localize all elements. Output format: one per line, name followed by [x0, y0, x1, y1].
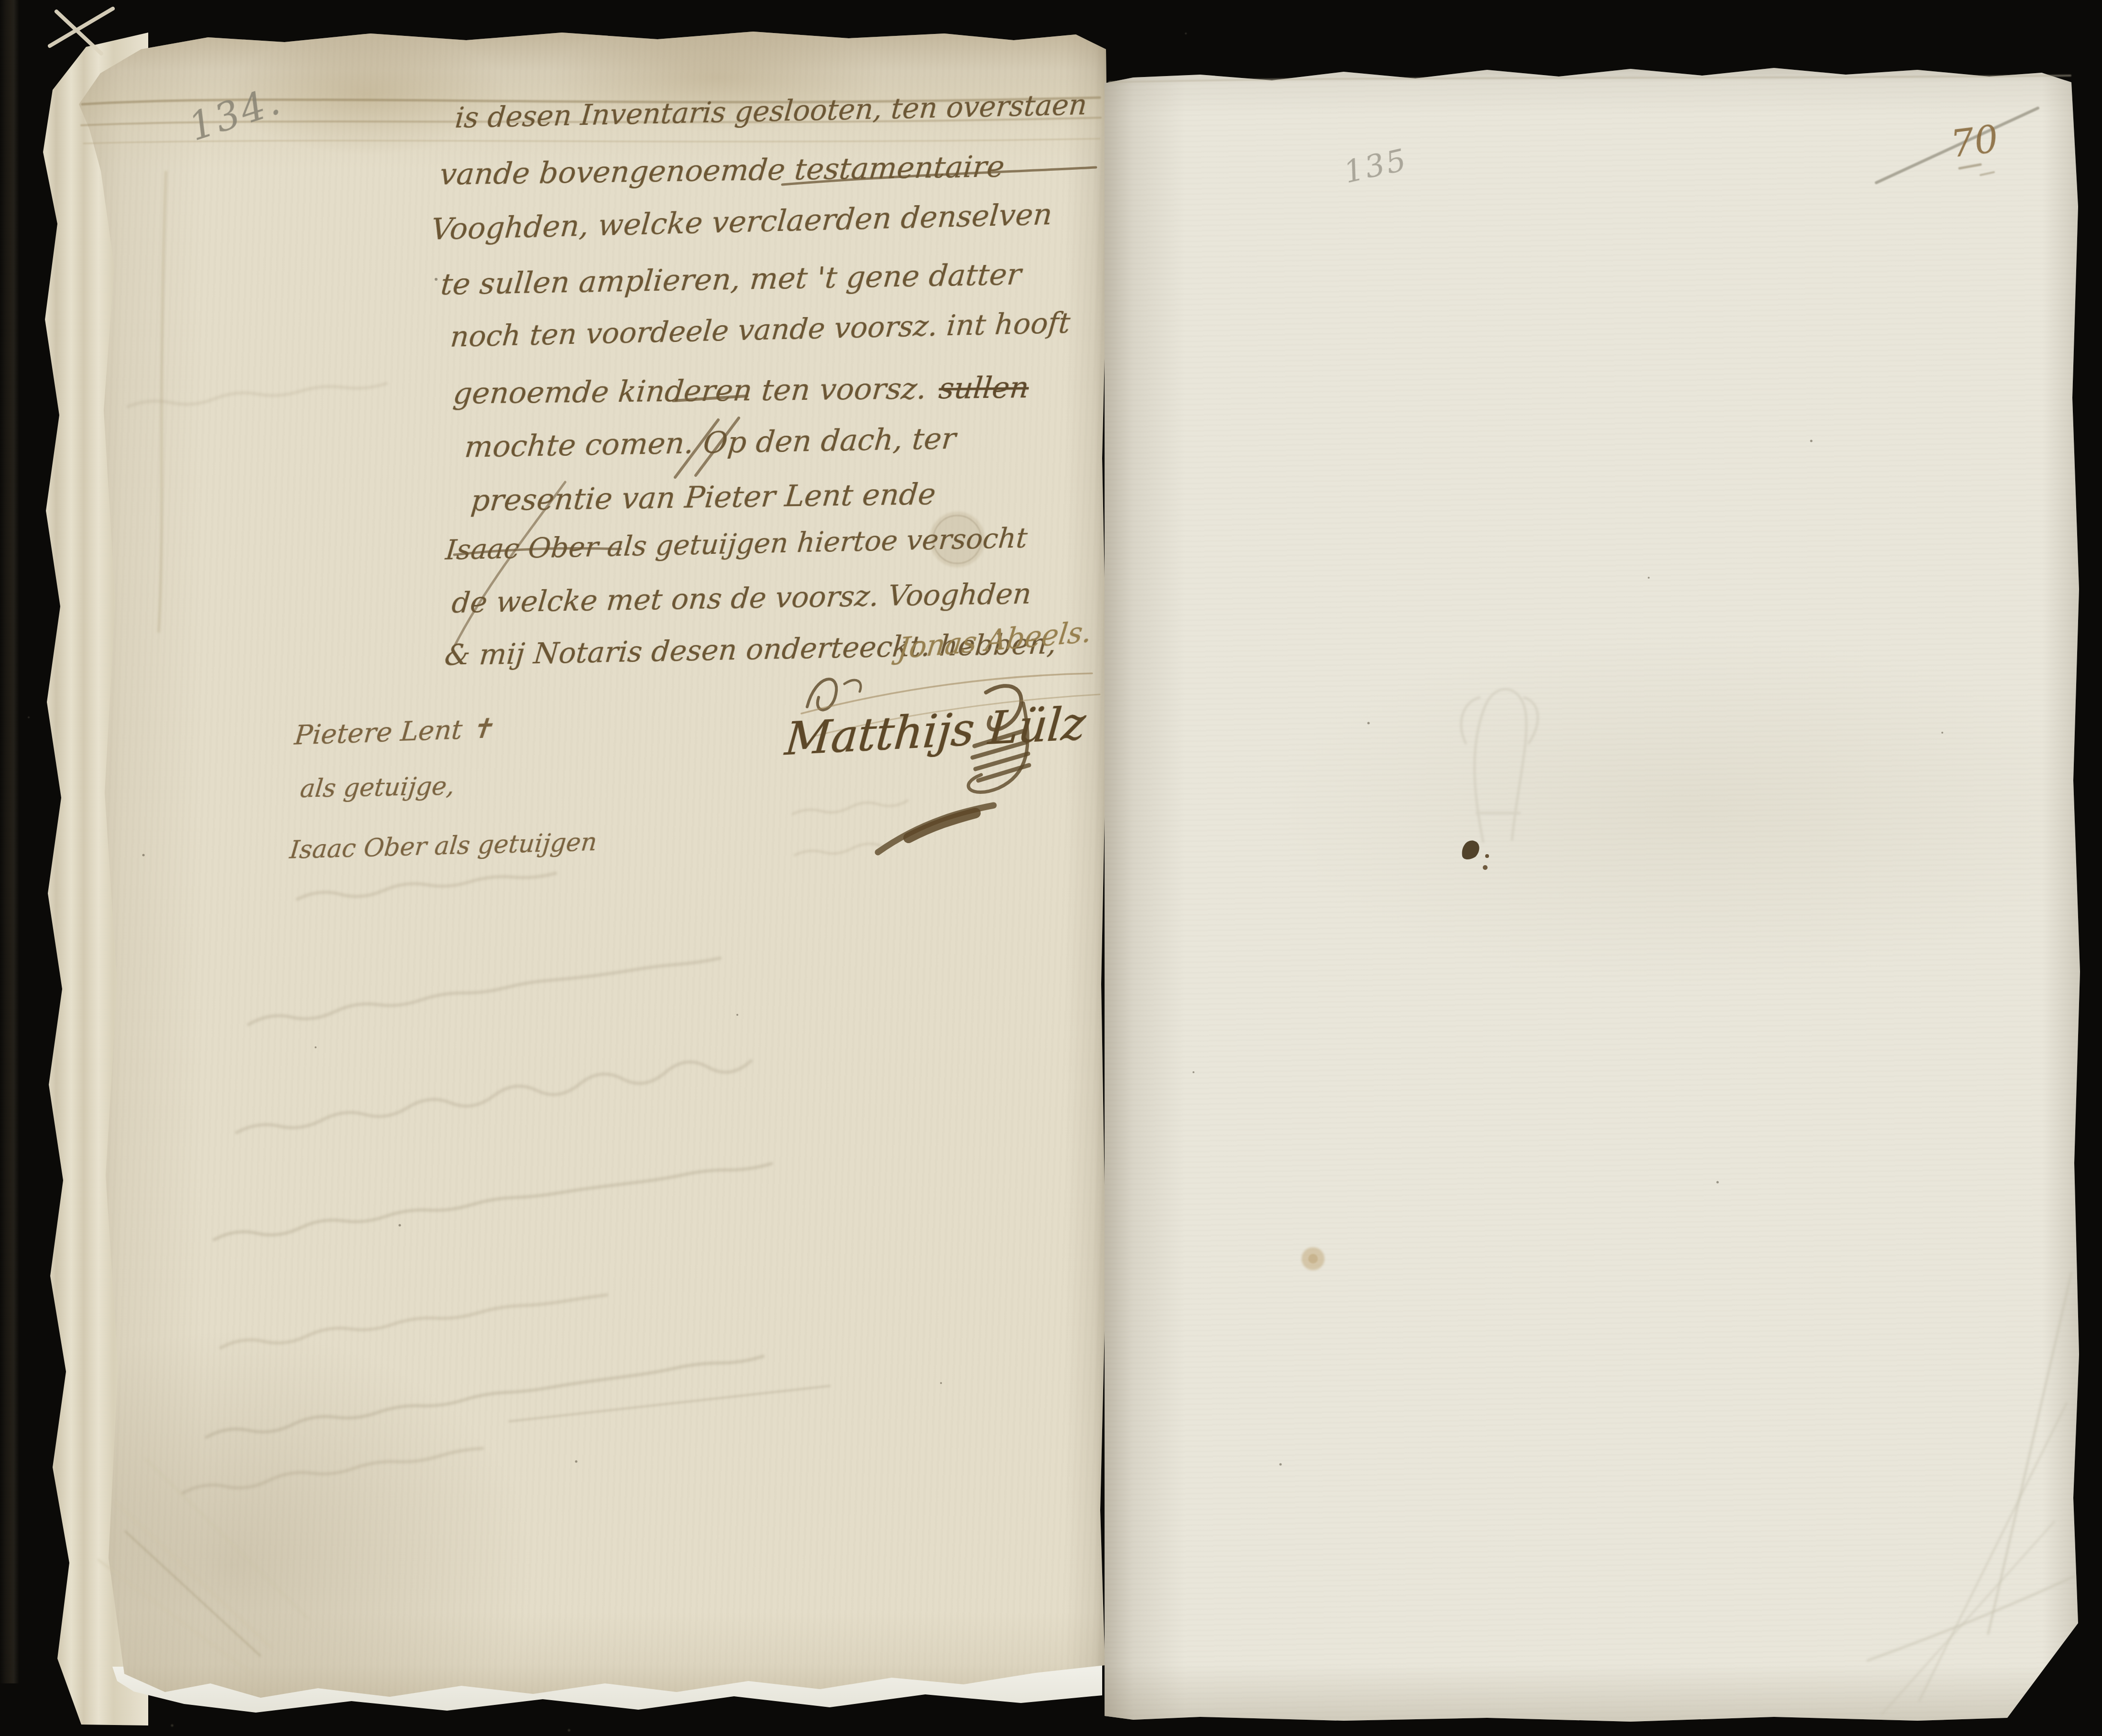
signature-witness1-role: als getuijge, [299, 772, 456, 803]
page-seam-shadow [0, 0, 19, 1683]
archive-scan: is desen Inventaris geslooten, ten overs… [0, 0, 2102, 1736]
page-right-recto [1105, 63, 2080, 1722]
manuscript-line: presentie van Pieter Lent ende [470, 476, 937, 518]
struck-word: sullen [937, 370, 1030, 406]
manuscript-line-text: genoemde kinderen ten voorsz. [452, 371, 928, 411]
folio-number-right-ink: 70 [1949, 118, 2001, 166]
manuscript-line: genoemde kinderen ten voorsz.sullen [452, 370, 1031, 411]
